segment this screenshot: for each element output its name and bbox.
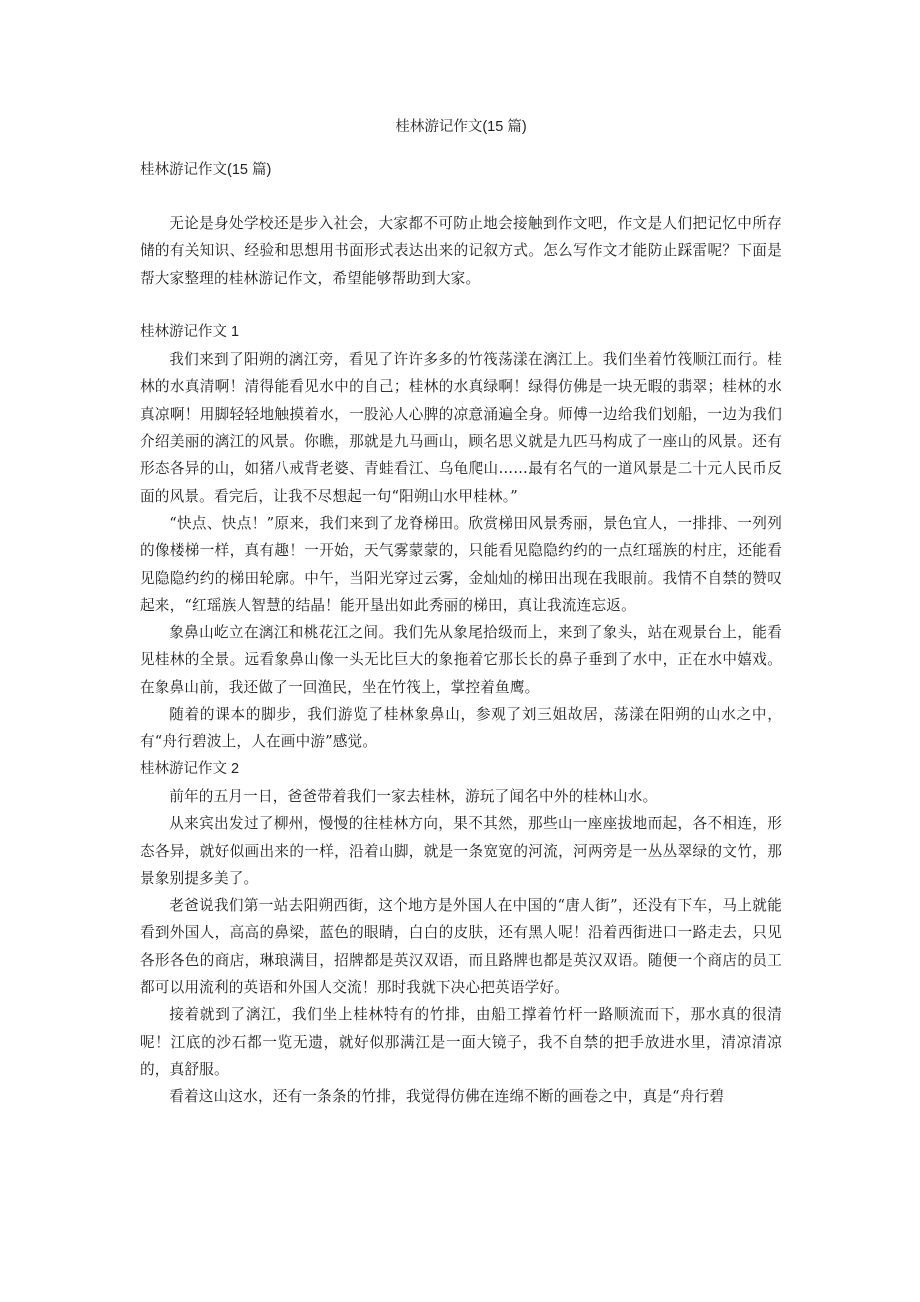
section-heading: 桂林游记作文 2 — [140, 756, 782, 783]
paragraph: 从来宾出发过了柳州，慢慢的往桂林方向，果不其然，那些山一座座拔地而起，各不相连，… — [140, 810, 782, 892]
section-1: 桂林游记作文 1 我们来到了阳朔的漓江旁，看见了许许多多的竹筏荡漾在漓江上。我们… — [140, 319, 782, 756]
paragraph: 接着就到了漓江，我们坐上桂林特有的竹排，由船工撑着竹杆一路顺流而下，那水真的很清… — [140, 1001, 782, 1083]
section-heading: 桂林游记作文 1 — [140, 319, 782, 346]
intro-paragraph: 无论是身处学校还是步入社会，大家都不可防止地会接触到作文吧，作文是人们把记忆中所… — [140, 210, 782, 292]
paragraph: 看着这山这水，还有一条条的竹排，我觉得仿佛在连绵不断的画卷之中，真是“舟行碧 — [140, 1083, 782, 1110]
paragraph: 老爸说我们第一站去阳朔西街，这个地方是外国人在中国的“唐人街”，还没有下车，马上… — [140, 892, 782, 1001]
paragraph: 随着的课本的脚步，我们游览了桂林象鼻山，参观了刘三姐故居，荡漾在阳朔的山水之中，… — [140, 701, 782, 756]
document-body: 无论是身处学校还是步入社会，大家都不可防止地会接触到作文吧，作文是人们把记忆中所… — [140, 210, 782, 1111]
paragraph: “快点、快点！”原来，我们来到了龙脊梯田。欣赏梯田风景秀丽，景色宜人，一排排、一… — [140, 510, 782, 619]
paragraph: 我们来到了阳朔的漓江旁，看见了许许多多的竹筏荡漾在漓江上。我们坐着竹筏顺江而行。… — [140, 346, 782, 510]
document-subtitle: 桂林游记作文(15 篇) — [140, 159, 271, 181]
paragraph: 象鼻山屹立在漓江和桃花江之间。我们先从象尾拾级而上，来到了象头，站在观景台上，能… — [140, 619, 782, 701]
document-title: 桂林游记作文(15 篇) — [140, 116, 782, 138]
paragraph: 前年的五月一日，爸爸带着我们一家去桂林，游玩了闻名中外的桂林山水。 — [140, 783, 782, 810]
section-2: 桂林游记作文 2 前年的五月一日，爸爸带着我们一家去桂林，游玩了闻名中外的桂林山… — [140, 756, 782, 1111]
